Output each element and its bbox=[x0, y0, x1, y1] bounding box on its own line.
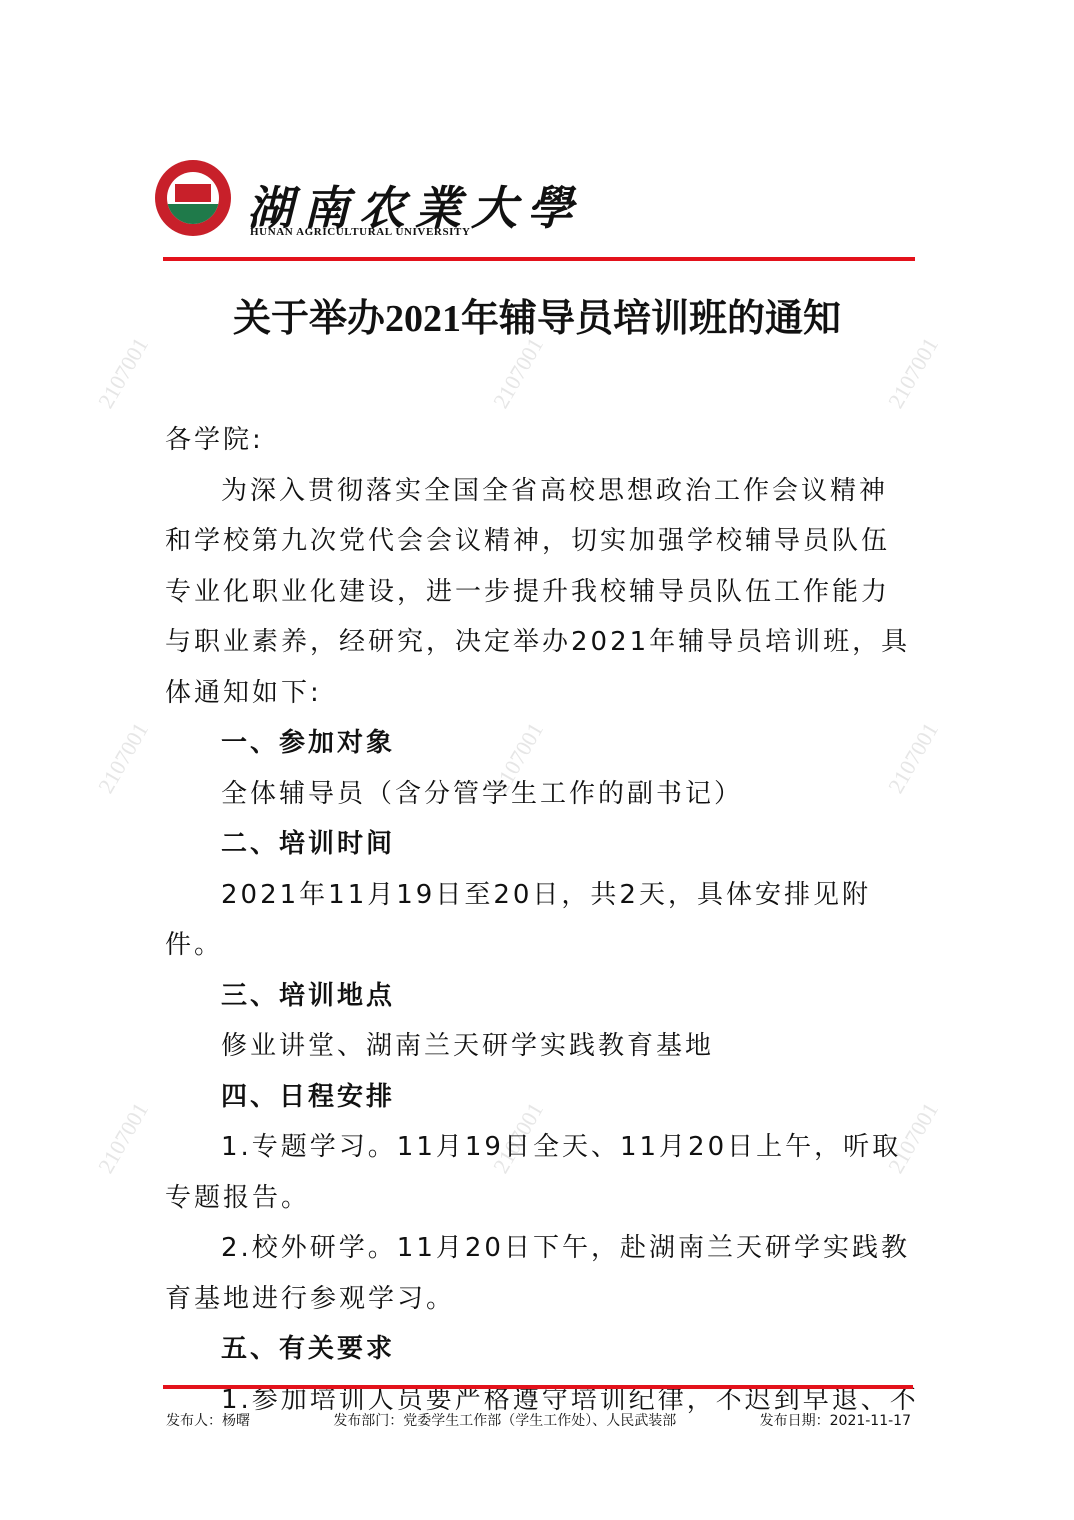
intro-paragraph: 为深入贯彻落实全国全省高校思想政治工作会议精神和学校第九次党代会会议精神，切实加… bbox=[165, 466, 915, 719]
section-content: 1.专题学习。11月19日全天、11月20日上午，听取专题报告。 bbox=[165, 1122, 915, 1223]
header-divider bbox=[163, 257, 915, 261]
document-body: 各学院: 为深入贯彻落实全国全省高校思想政治工作会议精神和学校第九次党代会会议精… bbox=[165, 415, 915, 1425]
section-heading: 五、有关要求 bbox=[165, 1324, 915, 1375]
footer: 发布人：杨曙 发布部门：党委学生工作部（学生工作处）、人民武装部 发布日期：20… bbox=[166, 1410, 911, 1430]
watermark: 2107001 bbox=[883, 333, 944, 413]
salutation: 各学院: bbox=[165, 415, 915, 466]
watermark: 2107001 bbox=[93, 718, 154, 798]
section-heading: 二、培训时间 bbox=[165, 819, 915, 870]
section-heading: 一、参加对象 bbox=[165, 718, 915, 769]
university-seal-icon bbox=[155, 160, 231, 236]
section-heading: 三、培训地点 bbox=[165, 971, 915, 1022]
university-name-en: HUNAN AGRICULTURAL UNIVERSITY bbox=[250, 226, 471, 238]
footer-divider bbox=[163, 1385, 913, 1389]
publish-date: 发布日期：2021-11-17 bbox=[760, 1410, 911, 1430]
publisher: 发布人：杨曙 bbox=[166, 1410, 250, 1430]
watermark: 2107001 bbox=[93, 333, 154, 413]
department: 发布部门：党委学生工作部（学生工作处）、人民武装部 bbox=[333, 1410, 676, 1430]
section-content: 全体辅导员（含分管学生工作的副书记） bbox=[165, 769, 915, 820]
letterhead: 湖南农業大學 HUNAN AGRICULTURAL UNIVERSITY bbox=[155, 160, 915, 240]
section-content: 修业讲堂、湖南兰天研学实践教育基地 bbox=[165, 1021, 915, 1072]
watermark: 2107001 bbox=[93, 1098, 154, 1178]
section-content: 2021年11月19日至20日，共2天，具体安排见附件。 bbox=[165, 870, 915, 971]
section-heading: 四、日程安排 bbox=[165, 1072, 915, 1123]
section-content: 2.校外研学。11月20日下午，赴湖南兰天研学实践教育基地进行参观学习。 bbox=[165, 1223, 915, 1324]
watermark: 2107001 bbox=[488, 333, 549, 413]
document-title: 关于举办2021年辅导员培训班的通知 bbox=[0, 287, 1074, 342]
